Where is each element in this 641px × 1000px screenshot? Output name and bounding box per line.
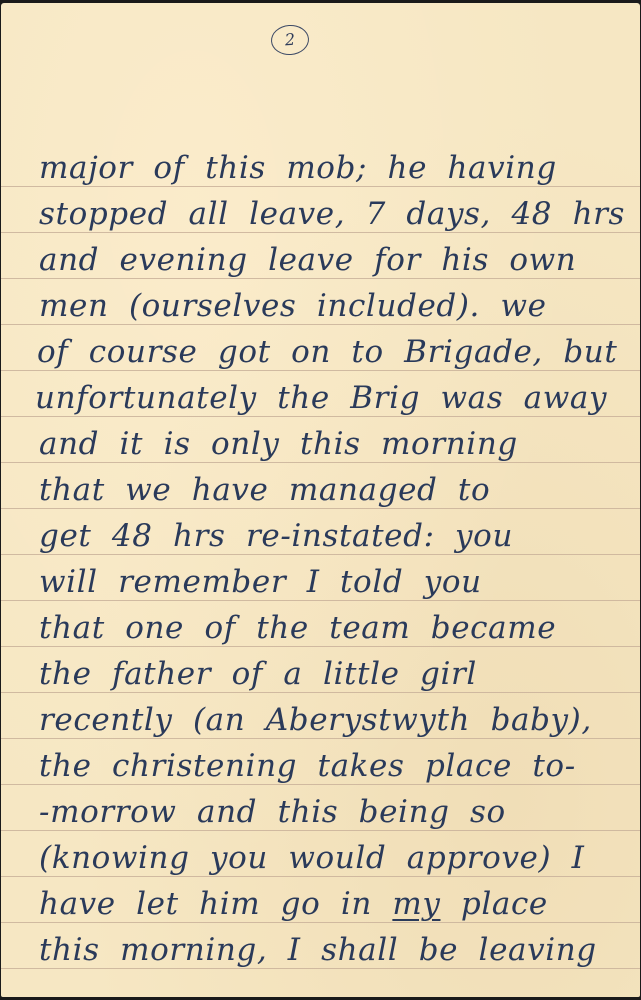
handwritten-line-15: -morrow and this being so [39,789,630,835]
handwritten-line-7: and it is only this morning [39,421,630,467]
handwritten-line-1: major of this mob; he having [39,145,630,191]
handwritten-line-10: will remember I told you [39,559,630,605]
handwritten-line-4: men (ourselves included). we [39,283,630,329]
underlined-word: my [392,886,440,922]
handwritten-line-17: have let him go in my place [39,881,630,927]
handwritten-line-5: of course got on to Brigade, but [37,329,630,375]
handwritten-line-18: this morning, I shall be leaving [39,927,630,973]
handwritten-line-14: the christening takes place to- [39,743,630,789]
handwritten-line-13: recently (an Aberystwyth baby), [39,697,630,743]
handwritten-line-2: stopped all leave, 7 days, 48 hrs [39,191,630,237]
page-number-circled: 2 [270,24,310,57]
handwritten-line-8: that we have managed to [39,467,630,513]
handwritten-line-3: and evening leave for his own [39,237,630,283]
handwritten-line-11: that one of the team became [39,605,630,651]
handwritten-line-12: the father of a little girl [39,651,630,697]
handwritten-line-6: unfortunately the Brig was away [35,375,630,421]
letter-page: 2 major of this mob; he having stopped a… [1,3,640,997]
handwritten-line-9: get 48 hrs re-instated: you [39,513,630,559]
handwritten-line-16: (knowing you would approve) I [39,835,630,881]
